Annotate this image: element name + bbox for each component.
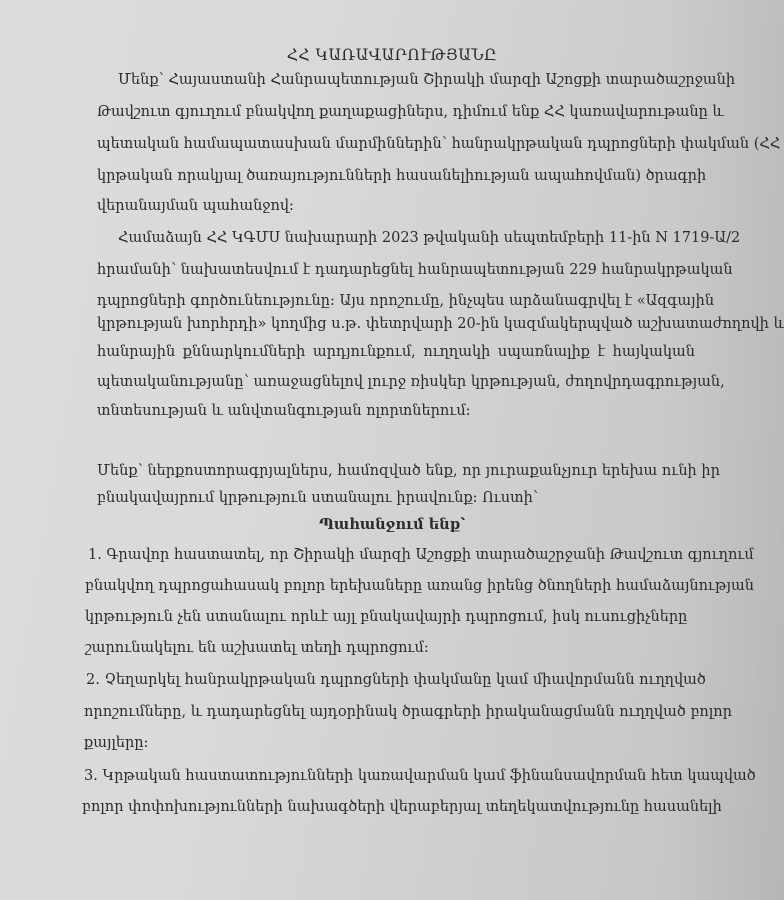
- intro-line: Թավշուտ գյուղում բնակվող քաղաքացիներս, դ…: [97, 102, 695, 122]
- demand-item-1-line: կրթություն չեն ստանալու որևէ այլ բնակավա…: [85, 607, 687, 627]
- document-page: ՀՀ ԿԱՌԱՎԱՐՈՒԹՅԱՆԸ Մենք՝ Հայաստանի Հանրապ…: [0, 0, 784, 900]
- intro-line: կրթական որակյալ ծառայությունների հասանել…: [97, 166, 695, 186]
- para2-line: կրթության խորհրդի» կողմից ս.թ. փետրվարի …: [97, 314, 695, 334]
- demand-heading: Պահանջում ենք՝: [0, 515, 784, 535]
- demand-item-3-line: 3. Կրթական հաստատությունների կառավարման …: [84, 766, 756, 786]
- demand-item-1-line: բնակվող դպրոցահասակ բոլոր երեխաները առան…: [85, 576, 754, 596]
- para3-line: Մենք՝ ներքոստորագրյալներս, համոզված ենք,…: [97, 461, 695, 481]
- demand-item-1-line: շարունակելու են աշխատել տեղի դպրոցում:: [85, 638, 429, 658]
- document-title: ՀՀ ԿԱՌԱՎԱՐՈՒԹՅԱՆԸ: [0, 46, 784, 64]
- intro-line: վերանայման պահանջով:: [97, 196, 294, 216]
- para2-line: Համաձայն ՀՀ ԿԳՄՍ նախարարի 2023 թվականի ս…: [118, 228, 695, 248]
- demand-item-2-line: 2. Չեղարկել հանրակրթական դպրոցների փակմա…: [86, 670, 706, 690]
- demand-item-3-line: բոլոր փոփոխությունների նախագծերի վերաբեր…: [82, 797, 722, 817]
- para3-line: բնակավայրում կրթություն ստանալու իրավուն…: [97, 488, 538, 508]
- para2-line: հանրային քննարկումների արդյունքում, ուղղ…: [97, 342, 695, 362]
- intro-line: Մենք՝ Հայաստանի Հանրապետության Շիրակի մա…: [118, 70, 695, 90]
- para2-line: պետականությանը՝ առաջացնելով լուրջ ռիսկեր…: [97, 372, 695, 392]
- demand-item-2-line: որոշումները, և դադարեցնել այդօրինակ ծրագ…: [84, 702, 732, 722]
- para2-line: դպրոցների գործունեությունը: Այս որոշումը…: [97, 291, 695, 311]
- para2-line: տնտեսության և անվտանգության ոլորտներում:: [97, 401, 471, 421]
- intro-line: պետական համապատասխան մարմիններին՝ հանրակ…: [97, 134, 695, 154]
- demand-item-2-line: քայլերը:: [84, 733, 148, 753]
- demand-item-1-line: 1. Գրավոր հաստատել, որ Շիրակի մարզի Աշոց…: [88, 545, 754, 565]
- para2-line: հրամանի՝ նախատեսվում է դադարեցնել հանրապ…: [97, 260, 695, 280]
